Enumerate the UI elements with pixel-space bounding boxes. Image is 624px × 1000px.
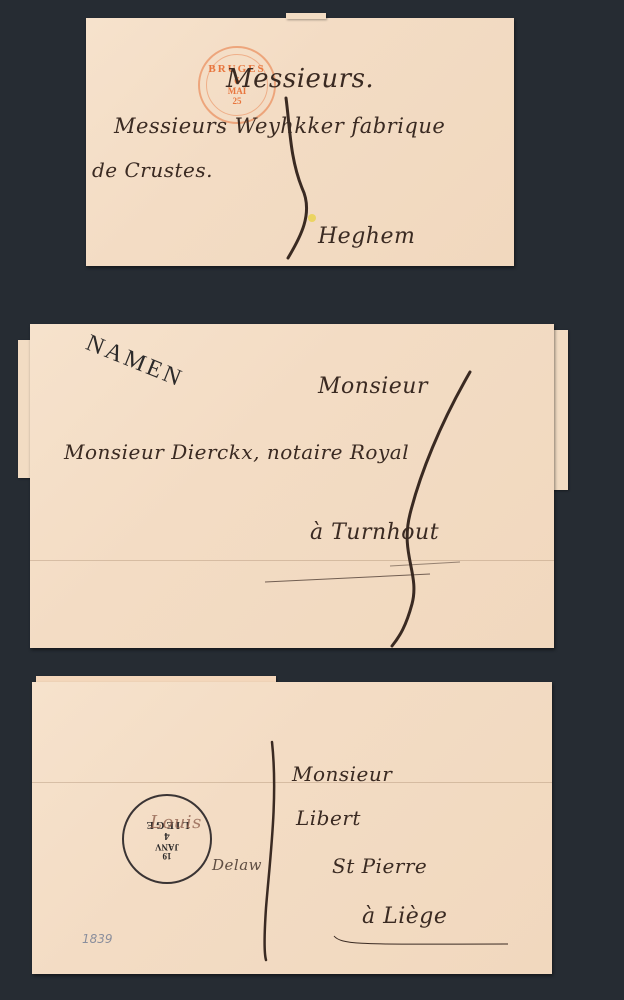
rate-mark-stroke xyxy=(248,738,288,968)
postmark-month: JANV xyxy=(155,841,179,850)
yellow-mark xyxy=(308,214,316,222)
underline-flourish xyxy=(332,932,512,952)
cover-liege: 19 JANV 4 LIEGE Louis Delaw Monsieur Lib… xyxy=(32,682,552,974)
cover-bruges: BRUGES 6 MAI 25 Messieurs. Messieurs Wey… xyxy=(86,18,514,266)
postmark-year: 19 xyxy=(163,851,172,860)
address-line: Libert xyxy=(296,806,361,830)
rate-mark-stroke xyxy=(256,88,336,268)
cover-namen: NAMEN Monsieur Monsieur Dierckx, notaire… xyxy=(30,324,554,648)
pencil-annotation: 1839 xyxy=(82,932,113,946)
underline-flourish xyxy=(260,560,460,590)
rate-mark-stroke xyxy=(360,364,480,654)
address-line: Monsieur Dierckx, notaire Royal xyxy=(64,440,409,464)
cover-flap xyxy=(286,13,326,19)
address-line: de Crustes. xyxy=(92,158,213,182)
liege-postmark: 19 JANV 4 LIEGE xyxy=(122,794,212,884)
address-line: à Liège xyxy=(362,904,447,929)
address-line: St Pierre xyxy=(332,854,427,878)
namen-postmark: NAMEN xyxy=(82,330,188,394)
side-note: Louis xyxy=(150,812,202,833)
address-line: Monsieur xyxy=(292,762,392,786)
